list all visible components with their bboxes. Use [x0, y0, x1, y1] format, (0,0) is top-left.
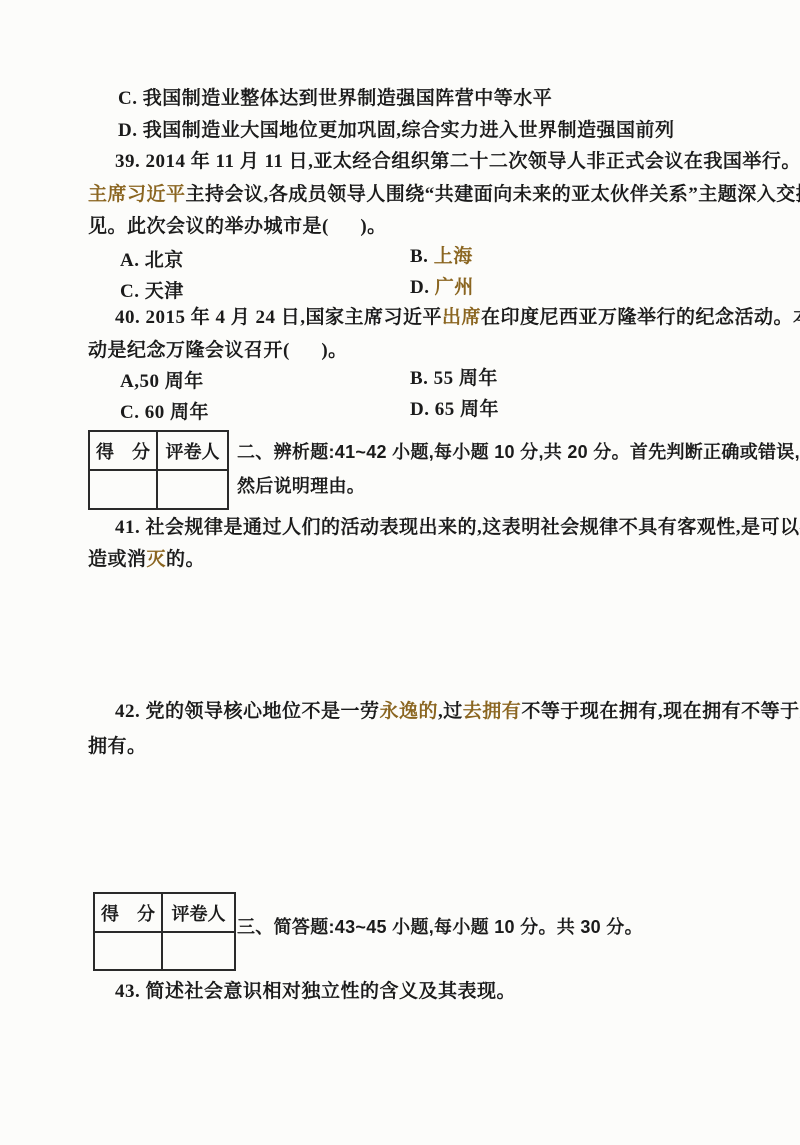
text-segment: C. 天津	[120, 281, 184, 302]
text-segment: ,过	[438, 701, 463, 722]
score-label: 得 分	[95, 894, 163, 933]
text-segment: 42. 党的领导核心地位不是一劳	[115, 701, 380, 722]
text-segment: 41. 社会规律是通过人们的活动表现出来的,这表明社会规律不具有客观性,是可以被…	[115, 517, 800, 538]
choice-40-c: C. 60 周年	[120, 402, 209, 424]
section-2-heading-line-1: 二、辨析题:41~42 小题,每小题 10 分,共 20 分。首先判断正确或错误…	[237, 442, 800, 463]
text-segment: 造或消	[88, 549, 147, 570]
question-40-line-1: 40. 2015 年 4 月 24 日,国家主席习近平出席在印度尼西亚万隆举行的…	[115, 307, 800, 329]
choice-39-d: D. 广州	[410, 277, 474, 299]
text-segment: 三、简答题:43~45 小题,每小题 10 分。共 30 分。	[237, 917, 643, 937]
text-segment: 动是纪念万隆会议召开( )。	[88, 340, 348, 361]
text-segment: C. 60 周年	[120, 402, 209, 423]
text-segment: 然后说明理由。	[237, 476, 365, 496]
score-value-cell	[95, 933, 163, 969]
text-segment: 见。此次会议的举办城市是( )。	[88, 216, 387, 237]
question-39-line-2: 主席习近平主持会议,各成员领导人围绕“共建面向未来的亚太伙伴关系”主题深入交换意	[88, 184, 800, 206]
choice-39-c: C. 天津	[120, 281, 184, 303]
question-41-line-1: 41. 社会规律是通过人们的活动表现出来的,这表明社会规律不具有客观性,是可以被…	[115, 517, 800, 539]
text-segment: 在印度尼西亚万隆举行的纪念活动。本次活	[481, 307, 800, 328]
text-segment: 39. 2014 年 11 月 11 日,亚太经合组织第二十二次领导人非正式会议…	[115, 151, 800, 172]
text-segment: 主席习近平	[88, 184, 186, 205]
choice-40-b: B. 55 周年	[410, 368, 498, 390]
text-segment: 灭	[147, 549, 167, 570]
text-segment: D. 我国制造业大国地位更加巩固,综合实力进入世界制造强国前列	[118, 120, 674, 141]
choice-39-b: B. 上海	[410, 246, 473, 268]
text-segment: 出席	[442, 307, 481, 328]
section-2-heading-line-2: 然后说明理由。	[237, 476, 365, 497]
score-box-section-3: 得 分 评卷人	[93, 892, 236, 971]
text-segment: D.	[410, 277, 435, 298]
score-box-section-2: 得 分 评卷人	[88, 430, 229, 510]
text-segment: 上海	[434, 246, 473, 267]
exam-paper-page: C. 我国制造业整体达到世界制造强国阵营中等水平D. 我国制造业大国地位更加巩固…	[0, 0, 800, 1145]
text-segment: 广州	[435, 277, 474, 298]
reviewer-value-cell	[158, 471, 227, 508]
text-segment: 的。	[166, 549, 205, 570]
choice-40-a: A,50 周年	[120, 371, 204, 393]
question-40-line-2: 动是纪念万隆会议召开( )。	[88, 340, 348, 362]
text-segment: 拥有。	[88, 736, 147, 757]
text-segment: 43. 简述社会意识相对独立性的含义及其表现。	[115, 981, 516, 1002]
text-segment: D. 65 周年	[410, 399, 499, 420]
reviewer-label: 评卷人	[163, 894, 234, 933]
question-42-line-1: 42. 党的领导核心地位不是一劳永逸的,过去拥有不等于现在拥有,现在拥有不等于永…	[115, 701, 800, 723]
text-segment: B. 55 周年	[410, 368, 498, 389]
score-value-cell	[90, 471, 158, 508]
text-segment: 不等于现在拥有,现在拥有不等于永远	[521, 701, 800, 722]
reviewer-label: 评卷人	[158, 432, 227, 471]
question-42-line-2: 拥有。	[88, 736, 147, 758]
question-41-line-2: 造或消灭的。	[88, 549, 205, 571]
question-43: 43. 简述社会意识相对独立性的含义及其表现。	[115, 981, 516, 1003]
question-39-line-3: 见。此次会议的举办城市是( )。	[88, 216, 387, 238]
score-label: 得 分	[90, 432, 158, 471]
text-segment: C. 我国制造业整体达到世界制造强国阵营中等水平	[118, 88, 552, 109]
choice-38-d: D. 我国制造业大国地位更加巩固,综合实力进入世界制造强国前列	[118, 120, 674, 142]
text-segment: A,50 周年	[120, 371, 204, 392]
text-segment: 二、辨析题:41~42 小题,每小题 10 分,共 20 分。首先判断正确或错误…	[237, 442, 800, 462]
text-segment: A. 北京	[120, 250, 184, 271]
reviewer-value-cell	[163, 933, 234, 969]
choice-38-c: C. 我国制造业整体达到世界制造强国阵营中等水平	[118, 88, 552, 110]
text-segment: 40. 2015 年 4 月 24 日,国家主席习近平	[115, 307, 442, 328]
text-segment: 主持会议,各成员领导人围绕“共建面向未来的亚太伙伴关系”主题深入交换意	[186, 184, 800, 205]
choice-39-a: A. 北京	[120, 250, 184, 272]
section-3-heading: 三、简答题:43~45 小题,每小题 10 分。共 30 分。	[237, 917, 643, 938]
text-segment: 去拥有	[463, 701, 522, 722]
question-39-line-1: 39. 2014 年 11 月 11 日,亚太经合组织第二十二次领导人非正式会议…	[115, 151, 800, 173]
choice-40-d: D. 65 周年	[410, 399, 499, 421]
text-segment: 永逸的	[380, 701, 439, 722]
text-segment: B.	[410, 246, 434, 267]
